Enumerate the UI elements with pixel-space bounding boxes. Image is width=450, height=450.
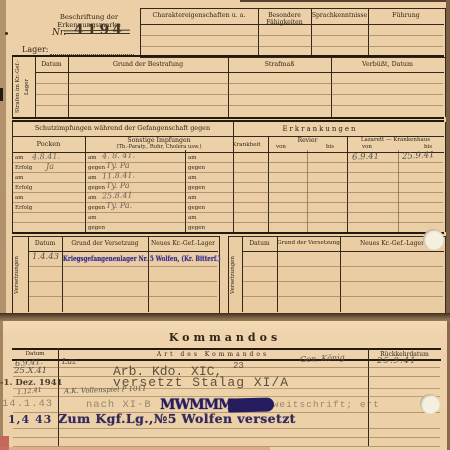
erkrankungen-title: Erkrankungen: [240, 125, 400, 133]
gegen-label: gegen: [188, 225, 205, 231]
erfolg-label: Erfolg: [15, 185, 32, 191]
card-gap-shadow: [0, 313, 450, 321]
paper-speck: [0, 88, 3, 101]
ruled-rows: [141, 25, 443, 55]
impfung-gegen-2: Ty. Pa: [106, 181, 130, 190]
lazarett-bis-value: 25.9.41: [402, 150, 435, 162]
number-strike-line: [64, 33, 130, 34]
versetzungen-header-grund: Grund der Versetzung: [277, 240, 340, 246]
versetzungen-header-datum: Datum: [242, 240, 277, 247]
impfung-gegen-1: Ty. Pa: [106, 161, 130, 170]
kommando-6-datum: 1,4 43: [8, 413, 52, 426]
pow-record-card-scan: Beschriftung der Erkennungsmarke Nr. 419…: [0, 0, 450, 450]
kommando-5-datum: 14.1.43: [2, 398, 53, 410]
rule-line: [13, 367, 440, 368]
kommando-2-datum: 25.X.41: [14, 366, 47, 376]
gegen-label: gegen: [88, 165, 105, 171]
kommandos-header-datum: Datum: [12, 351, 58, 357]
erfolg-label: Erfolg: [15, 205, 32, 211]
ruled-rows: [243, 252, 443, 310]
traits-header-charakter: Charaktereigenschaften u. a.: [140, 12, 258, 19]
kommando-2-sup: 23: [233, 361, 244, 371]
versetzungen-header-datum: Datum: [28, 240, 62, 247]
pocken-am-value: 4.8.41.: [32, 152, 60, 162]
lager-dotted-line: [50, 48, 134, 55]
hole-punch: [420, 394, 440, 414]
versetzungen-side-label: Versetzungen: [14, 240, 28, 310]
kommandos-title: Kommandos: [125, 331, 325, 344]
rule-line: [368, 348, 369, 446]
kommando-6-entry: Zum Kgf.Lg.,№5 Wolfen versetzt: [58, 411, 296, 426]
right-edge-shadow: [446, 0, 450, 313]
kommandos-table-top: [12, 348, 441, 350]
impfung-gegen-3: Ty. Pa.: [106, 201, 132, 210]
impfungen-title: Schutzimpfungen während der Gefangenscha…: [12, 124, 233, 132]
traits-header-faehigkeiten: Besondere Fähigkeiten: [258, 12, 311, 26]
pocken-erfolg-value: Ja: [46, 162, 54, 171]
kommando-1-rueckkehr: 25.9.41: [377, 356, 416, 366]
versetzungen-header-lager: Neues Kr.-Gef.-Lager: [148, 240, 218, 247]
erfolg-label: Erfolg: [15, 165, 32, 171]
impfung-am-2: 11.8.41.: [102, 170, 135, 180]
am-label: am: [188, 175, 197, 181]
lazarett-von-value: 6.9.41: [352, 151, 380, 162]
sonstige-header: Sonstige Impfungen: [85, 137, 233, 144]
revier-bis-label: bis: [326, 144, 334, 150]
versetzung-datum: 1.4.43: [32, 252, 59, 262]
ruled-rows: [13, 153, 443, 231]
krankheit-header: Krankheit: [225, 142, 268, 148]
gegen-label: gegen: [88, 205, 105, 211]
pocken-header: Pocken: [12, 140, 85, 148]
rule-line: [13, 428, 440, 429]
am-label: am: [88, 215, 97, 221]
lazarett-bis-label: bis: [424, 144, 432, 150]
gegen-label: gegen: [188, 205, 205, 211]
gegen-label: gegen: [88, 185, 105, 191]
gegen-label: gegen: [88, 225, 105, 231]
sonstige-subheader: (Tb.-Paraty., Ruhr, Cholera usw.): [85, 144, 233, 150]
kommando-1-entry: Laz: [62, 357, 76, 366]
strafen-side-label: Strafen im Kr.-Gef.-Lager: [14, 59, 34, 115]
hole-punch: [423, 229, 444, 250]
traits-header-sprachen: Sprachkenntnisse: [311, 12, 368, 19]
versetzungen-header-grund: Grund der Versetzung: [62, 240, 148, 247]
versetzungen-side-label: Versetzungen: [230, 240, 242, 310]
paper-speck: [5, 32, 8, 35]
strafen-header-grund: Grund der Bestrafung: [68, 61, 228, 68]
gegen-label: gegen: [188, 185, 205, 191]
am-label: am: [188, 215, 197, 221]
strafen-header-strafmass: Strafmaß: [228, 61, 331, 68]
ruled-rows: [36, 73, 443, 116]
versetzung-stamp: Kriegsgefangenenlager Nr. 5 Wolfen, (Kr.…: [63, 254, 221, 263]
lager-label: Lager:: [22, 45, 48, 54]
impfung-am-3: 25.8.41: [102, 190, 133, 200]
heavy-rule: [12, 117, 444, 119]
gegen-label: gegen: [188, 165, 205, 171]
rule-line: [13, 437, 440, 438]
revier-von-label: von: [276, 144, 286, 150]
am-label: am: [188, 155, 197, 161]
impfung-am-1: 4. 8. 41.: [102, 150, 135, 160]
top-edge-shadow: [240, 0, 450, 2]
am-label: am: [15, 195, 24, 201]
am-label: am: [88, 195, 97, 201]
traits-header-fuehrung: Führung: [368, 12, 444, 19]
heavy-rule: [12, 232, 444, 234]
am-label: am: [188, 195, 197, 201]
strafen-header-verbuesst: Verbüßt, Datum: [331, 61, 444, 68]
rule-line: [58, 348, 59, 446]
kommando-5-note: Zweitschrift; ert: [266, 399, 380, 410]
lazarett-von-label: von: [362, 144, 372, 150]
revier-header: Revier: [268, 137, 347, 144]
am-label: am: [88, 155, 97, 161]
am-label: am: [15, 155, 24, 161]
kommando-5-entry: nach XI-B: [86, 399, 152, 411]
am-label: am: [88, 175, 97, 181]
strafen-header-datum: Datum: [35, 61, 68, 68]
lazarett-header: Lazarett — Krankenhaus: [347, 137, 444, 143]
am-label: am: [15, 175, 24, 181]
